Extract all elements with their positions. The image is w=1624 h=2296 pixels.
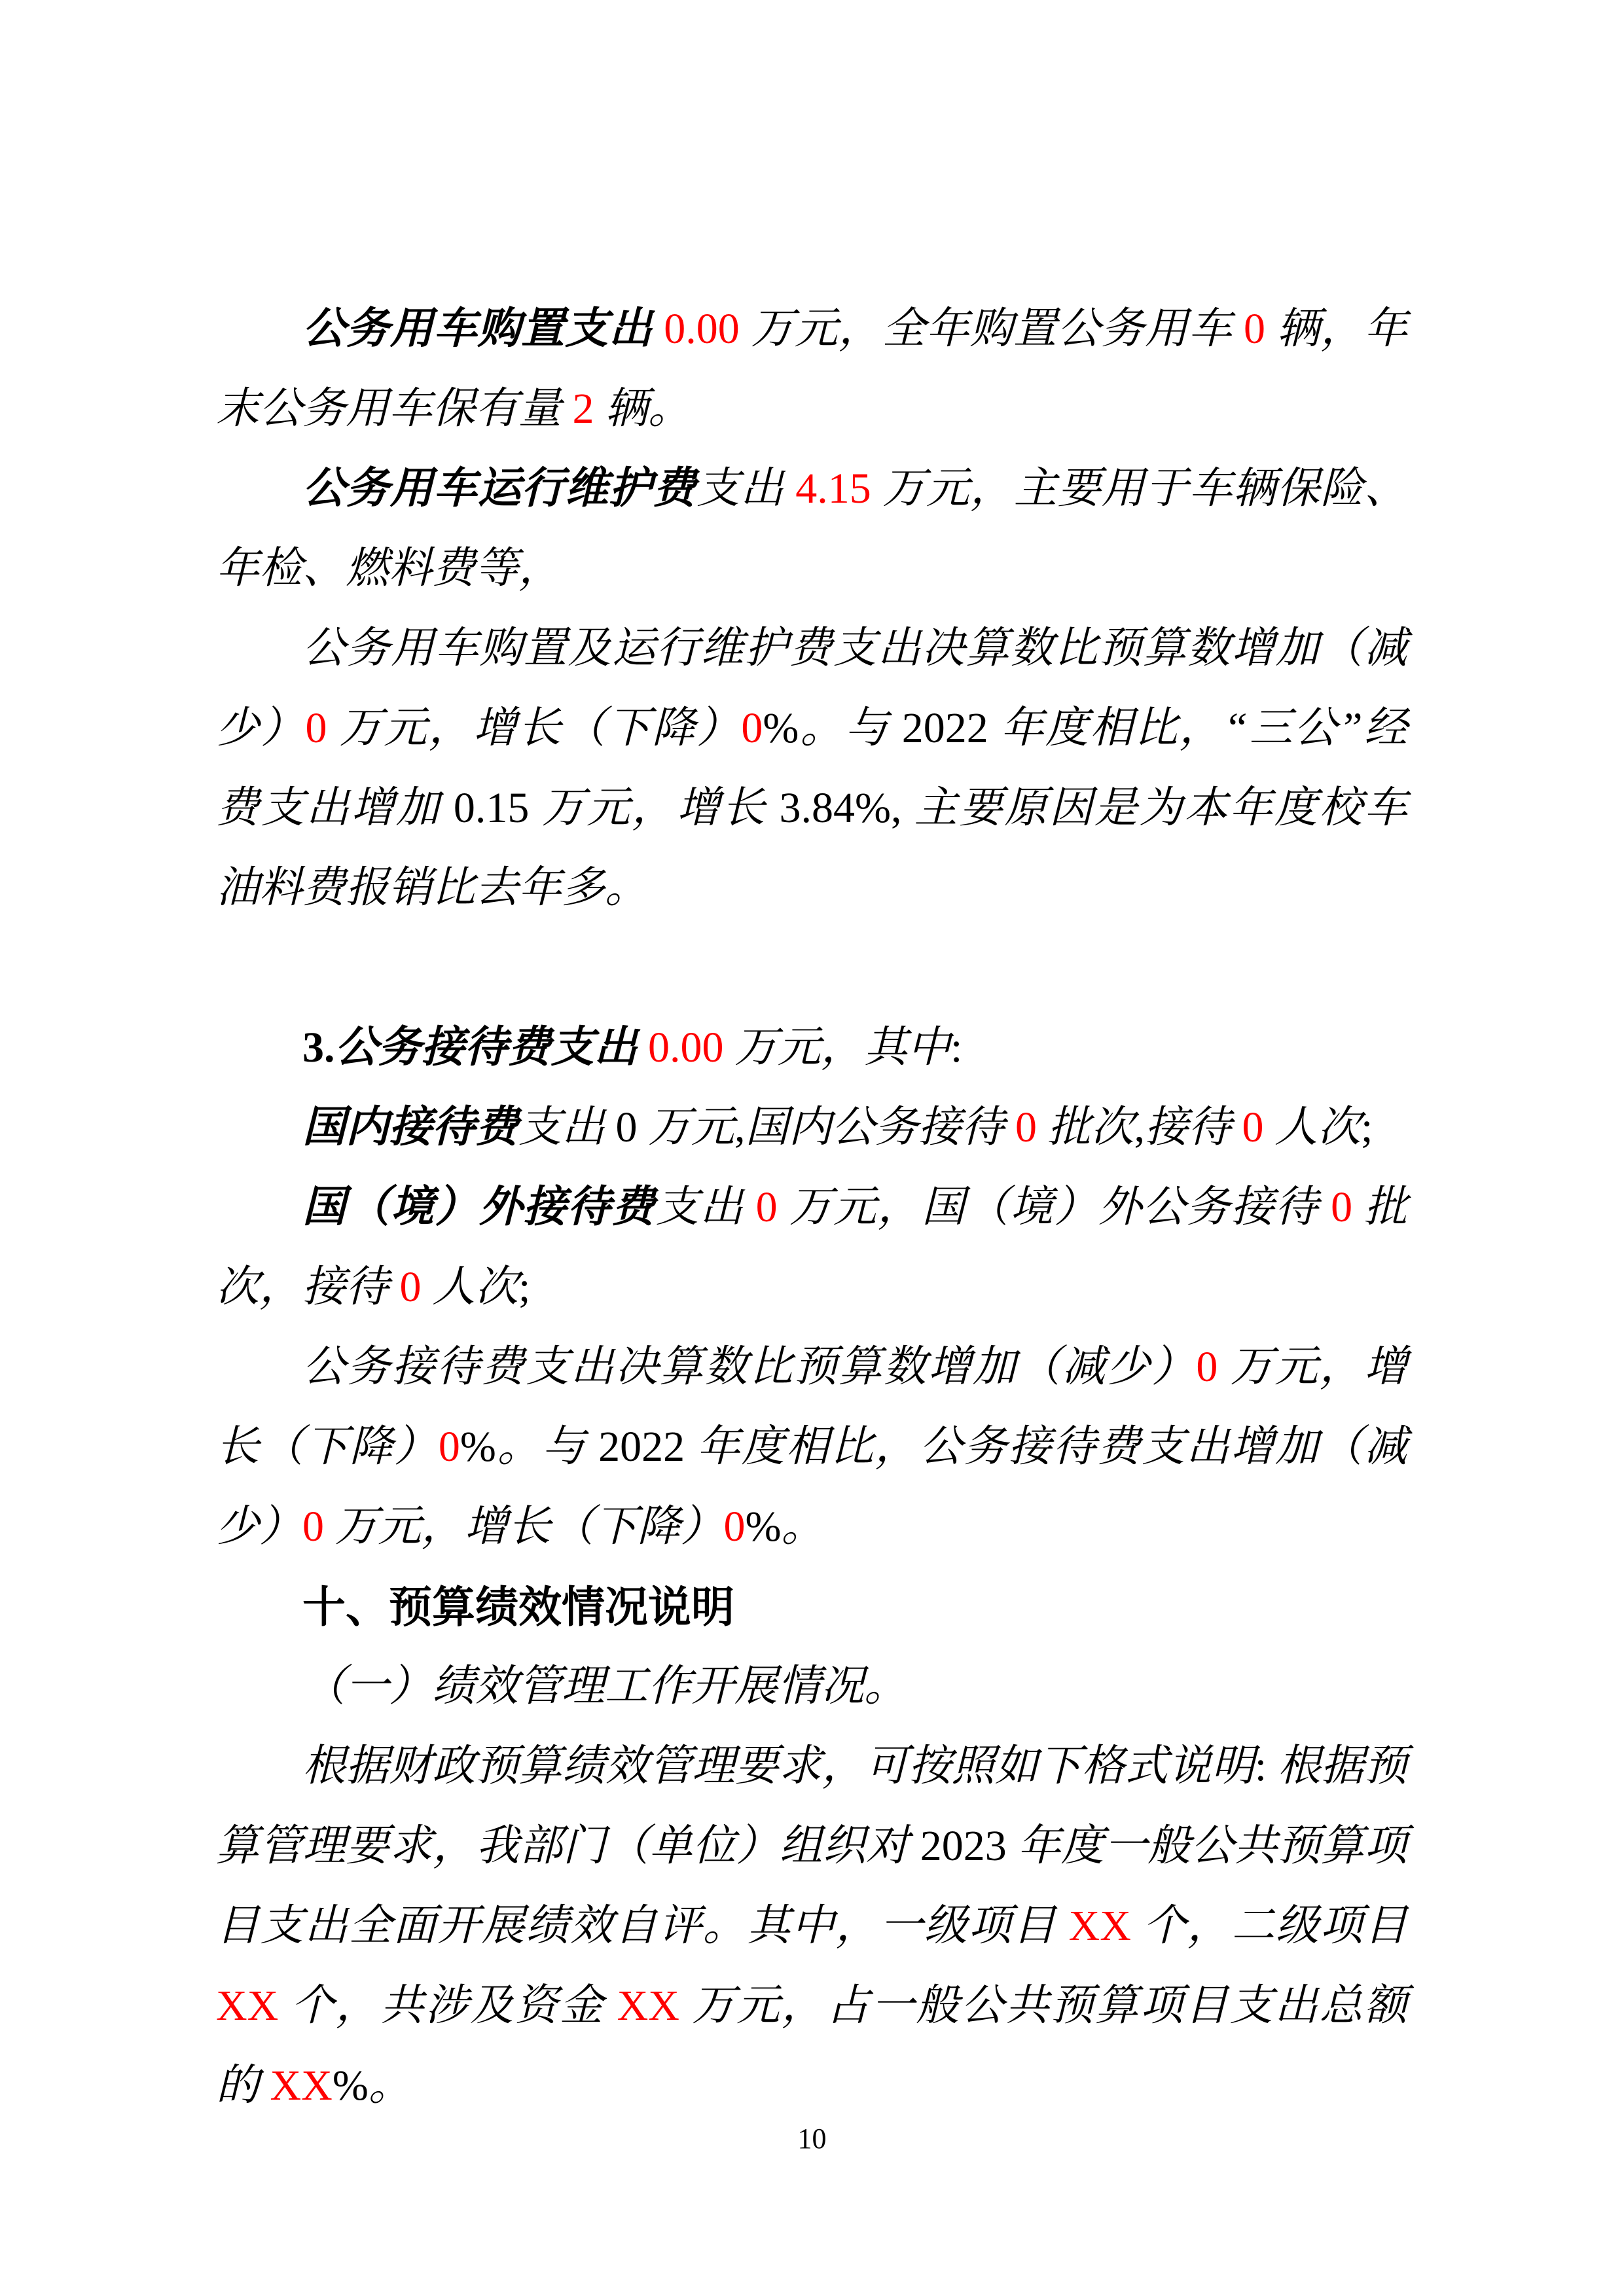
text-run: 0 (439, 1423, 460, 1471)
text-run: 支出 (656, 1183, 756, 1231)
text-run: 0 (756, 1183, 778, 1231)
cjk-text: 人次 (1274, 1103, 1361, 1151)
paragraph: 国内接待费支出 0 万元,国内公务接待 0 批次,接待 0 人次; (216, 1088, 1407, 1168)
text-run: 0 (724, 1503, 746, 1551)
text-run: 国内接待费 (302, 1103, 518, 1151)
text-run: 0 (302, 1503, 324, 1551)
text-run: 4.15 (795, 465, 871, 512)
text-run: 0 (1331, 1183, 1352, 1231)
cjk-text: 国内公务接待 (746, 1103, 1005, 1151)
paragraph: 公务接待费支出决算数比预算数增加（减少）0 万元，增长（下降）0%。与 2022… (216, 1327, 1407, 1567)
text-run: 辆。 (594, 385, 692, 433)
text-run: 0 (400, 1263, 422, 1311)
text-run: 0 (1015, 1103, 1037, 1151)
text-run: 0.00 (664, 305, 740, 353)
text-run: 公务接待费支出决算数比预算数增加（减少） (302, 1343, 1196, 1391)
text-run (653, 305, 664, 353)
cjk-text: 十、预算绩效情况说明 (302, 1583, 734, 1631)
text-run: 十、预算绩效情况说明 (302, 1583, 734, 1631)
cjk-text: 辆。 (605, 385, 691, 433)
text-run: 个，二级项目 (1131, 1902, 1407, 1950)
text-run: 公务用车运行维护费 (302, 465, 696, 512)
text-run: 0 (741, 704, 763, 752)
page-number: 10 (0, 2119, 1624, 2159)
text-run: 0 (1244, 305, 1265, 353)
cjk-text: 支出 (518, 1103, 605, 1151)
cjk-text: 国（境）外接待费 (302, 1183, 656, 1231)
cjk-text: 万元，其中 (734, 1024, 950, 1071)
cjk-text: 个，共涉及资金 (291, 1982, 604, 2030)
cjk-text: 支出 (656, 1183, 744, 1231)
text-run: 人次; (422, 1263, 531, 1311)
text-run: %。 (746, 1503, 825, 1551)
text-run: 3.公务接待费支出 (302, 1024, 638, 1071)
text-run: 0 (305, 704, 327, 752)
text-run: （一）绩效管理工作开展情况。 (302, 1662, 907, 1710)
paragraph: 公务用车运行维护费支出 4.15 万元，主要用于车辆保险、年检、燃料费等， (216, 449, 1407, 609)
cjk-text: 。 (369, 2062, 412, 2109)
cjk-text: 万元，国（境）外公务接待 (789, 1183, 1320, 1231)
text-run: 0.00 (648, 1024, 724, 1071)
text-run: 支出 (696, 465, 795, 512)
text-run: 国（境）外接待费 (302, 1183, 656, 1231)
text-run: 万元，增长（下降） (324, 1503, 724, 1551)
paragraph: （一）绩效管理工作开展情况。 (216, 1647, 1407, 1727)
document-page: 公务用车购置支出 0.00 万元，全年购置公务用车 0 辆，年末公务用车保有量 … (0, 0, 1624, 2296)
text-run: 人次; (1264, 1103, 1373, 1151)
cjk-text: 万元，增长（下降） (339, 704, 741, 752)
cjk-text: 万元，增长（下降） (335, 1503, 724, 1551)
paragraph: 公务用车购置支出 0.00 万元，全年购置公务用车 0 辆，年末公务用车保有量 … (216, 289, 1407, 449)
text-run (638, 1024, 649, 1071)
cjk-text: 公务接待费支出决算数比预算数增加（减少） (302, 1343, 1196, 1391)
paragraph: 3.公务接待费支出 0.00 万元，其中: (216, 1008, 1407, 1088)
text-run: XX (270, 2062, 333, 2109)
cjk-text: 人次 (432, 1263, 518, 1311)
document-body: 公务用车购置支出 0.00 万元，全年购置公务用车 0 辆，年末公务用车保有量 … (216, 289, 1407, 2126)
cjk-text: 。与 (496, 1423, 586, 1471)
text-run: XX (216, 1982, 278, 2030)
paragraph: 国（境）外接待费支出 0 万元，国（境）外公务接待 0 批次，接待 0 人次; (216, 1168, 1407, 1327)
paragraph: 公务用车购置及运行维护费支出决算数比预算数增加（减少）0 万元，增长（下降）0%… (216, 609, 1407, 928)
text-run: 万元，全年购置公务用车 (740, 305, 1244, 353)
cjk-text: 万元，全年购置公务用车 (751, 305, 1232, 353)
text-run: %。 (333, 2062, 412, 2109)
text-run: 公务用车购置支出 (302, 305, 653, 353)
cjk-text: 公务用车购置支出 (302, 305, 653, 353)
cjk-text: 国内接待费 (302, 1103, 518, 1151)
cjk-text: （一）绩效管理工作开展情况。 (302, 1662, 907, 1710)
section-heading: 十、预算绩效情况说明 (216, 1567, 1407, 1647)
cjk-text: 根据财政预算绩效管理要求，可按照如下格式说明 (302, 1742, 1255, 1790)
cjk-text: 公务接待费支出 (335, 1024, 638, 1071)
cjk-text: 批次 (1048, 1103, 1134, 1151)
text-run: 个，共涉及资金 (278, 1982, 617, 2030)
text-run: 2 (573, 385, 594, 433)
text-run: 批次,接待 (1037, 1103, 1242, 1151)
cjk-text: 个，二级项目 (1143, 1902, 1407, 1950)
text-run: 0 (1242, 1103, 1264, 1151)
cjk-text: 万元 (648, 1103, 734, 1151)
text-run: XX (617, 1982, 679, 2030)
cjk-text: 。 (781, 1503, 824, 1551)
cjk-text: 支出 (696, 465, 784, 512)
text-run: 万元，其中: (724, 1024, 963, 1071)
text-run: 万元，增长（下降） (327, 704, 741, 752)
paragraph: 根据财政预算绩效管理要求，可按照如下格式说明: 根据预算管理要求，我部门（单位）… (216, 1727, 1407, 2126)
cjk-text: 万元，增长 (542, 784, 767, 832)
text-run: 万元，国（境）外公务接待 (778, 1183, 1331, 1231)
cjk-text: 。与 (799, 704, 890, 752)
text-run: 支出 0 万元,国内公务接待 (518, 1103, 1015, 1151)
text-run: XX (1069, 1902, 1131, 1950)
cjk-text: 公务用车运行维护费 (302, 465, 696, 512)
text-run: 0 (1196, 1343, 1218, 1391)
cjk-text: 接待 (1145, 1103, 1231, 1151)
